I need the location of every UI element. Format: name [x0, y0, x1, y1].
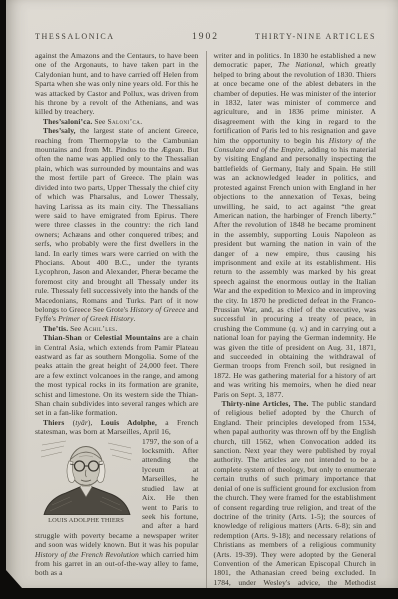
text-segment: (	[64, 418, 75, 427]
right-column: writer and in politics. In 1830 he estab…	[206, 51, 377, 588]
page-number: 1902	[192, 32, 219, 42]
paragraph: Thiers (tyâr), Louis Adolphe, a French s…	[35, 418, 199, 437]
text-segment: ),	[88, 418, 101, 427]
book-page: THESSALONICA 1902 THIRTY-NINE ARTICLES a…	[6, 0, 398, 588]
paragraph: Thes’saloni’ca. See Saloni’ca.	[35, 117, 199, 126]
text-segment: Thiers	[43, 418, 64, 427]
text-segment: Saloni’ca	[107, 117, 140, 126]
running-head-right: THIRTY-NINE ARTICLES	[219, 32, 376, 41]
running-head-left: THESSALONICA	[35, 32, 192, 41]
text-segment: History of the French Revolution	[35, 550, 139, 559]
text-segment: adding to his material by visiting Engla…	[214, 145, 377, 333]
text-segment: the largest state of ancient Greece, rea…	[35, 126, 199, 314]
text-segment: Thes’saloni’ca.	[43, 117, 92, 126]
left-column: against the Amazons and the Centaurs, to…	[35, 51, 206, 578]
text-segment: .	[134, 314, 136, 323]
text-segment: .	[115, 324, 117, 333]
text-columns: against the Amazons and the Centaurs, to…	[35, 51, 376, 588]
text-segment: are a chain in Central Asia, which exten…	[35, 333, 199, 417]
paragraph: writer and in politics. In 1830 he estab…	[214, 51, 377, 399]
portrait-caption: LOUIS ADOLPHE THIERS	[35, 516, 137, 525]
running-head: THESSALONICA 1902 THIRTY-NINE ARTICLES	[35, 32, 376, 42]
text-segment: History of Greece	[130, 305, 185, 314]
text-segment: Primer of Greek History	[58, 314, 134, 323]
text-segment: ) and in carrying out a national loan fo…	[214, 324, 377, 399]
paragraph: against the Amazons and the Centaurs, to…	[35, 51, 199, 117]
paragraph: LOUIS ADOLPHE THIERS 1797, the son of a …	[35, 437, 199, 578]
text-segment: .	[140, 117, 142, 126]
text-segment: q. v.	[292, 324, 305, 333]
text-segment: See	[92, 117, 107, 126]
thiers-portrait-figure: LOUIS ADOLPHE THIERS	[35, 439, 137, 525]
text-segment: tyâr	[75, 418, 87, 427]
text-segment: against the Amazons and the Centaurs, to…	[35, 51, 199, 116]
text-segment: Celestial Mountains	[94, 333, 161, 342]
text-segment: Thes’saly,	[43, 126, 76, 135]
text-segment: Louis Adolphe,	[101, 418, 157, 427]
paragraph: Thirty-nine Articles, The. The public st…	[214, 399, 377, 588]
paragraph: Thian-Shan or Celestial Mountains are a …	[35, 333, 199, 418]
paragraph: The’tis. See Achil’les.	[35, 324, 199, 333]
text-segment: The public standard of religious belief …	[214, 399, 377, 588]
paragraph: Thes’saly, the largest state of ancient …	[35, 126, 199, 324]
text-segment: The’tis.	[43, 324, 68, 333]
text-segment: Thirty-nine Articles, The.	[222, 399, 309, 408]
text-segment: The National,	[278, 60, 324, 69]
text-segment: See	[68, 324, 83, 333]
text-segment: or	[82, 333, 94, 342]
text-segment: Thian-Shan	[43, 333, 82, 342]
text-segment: Achil’les	[83, 324, 115, 333]
thiers-portrait-engraving	[36, 439, 136, 515]
text-segment: which greatly helped to bring about the …	[214, 60, 377, 144]
